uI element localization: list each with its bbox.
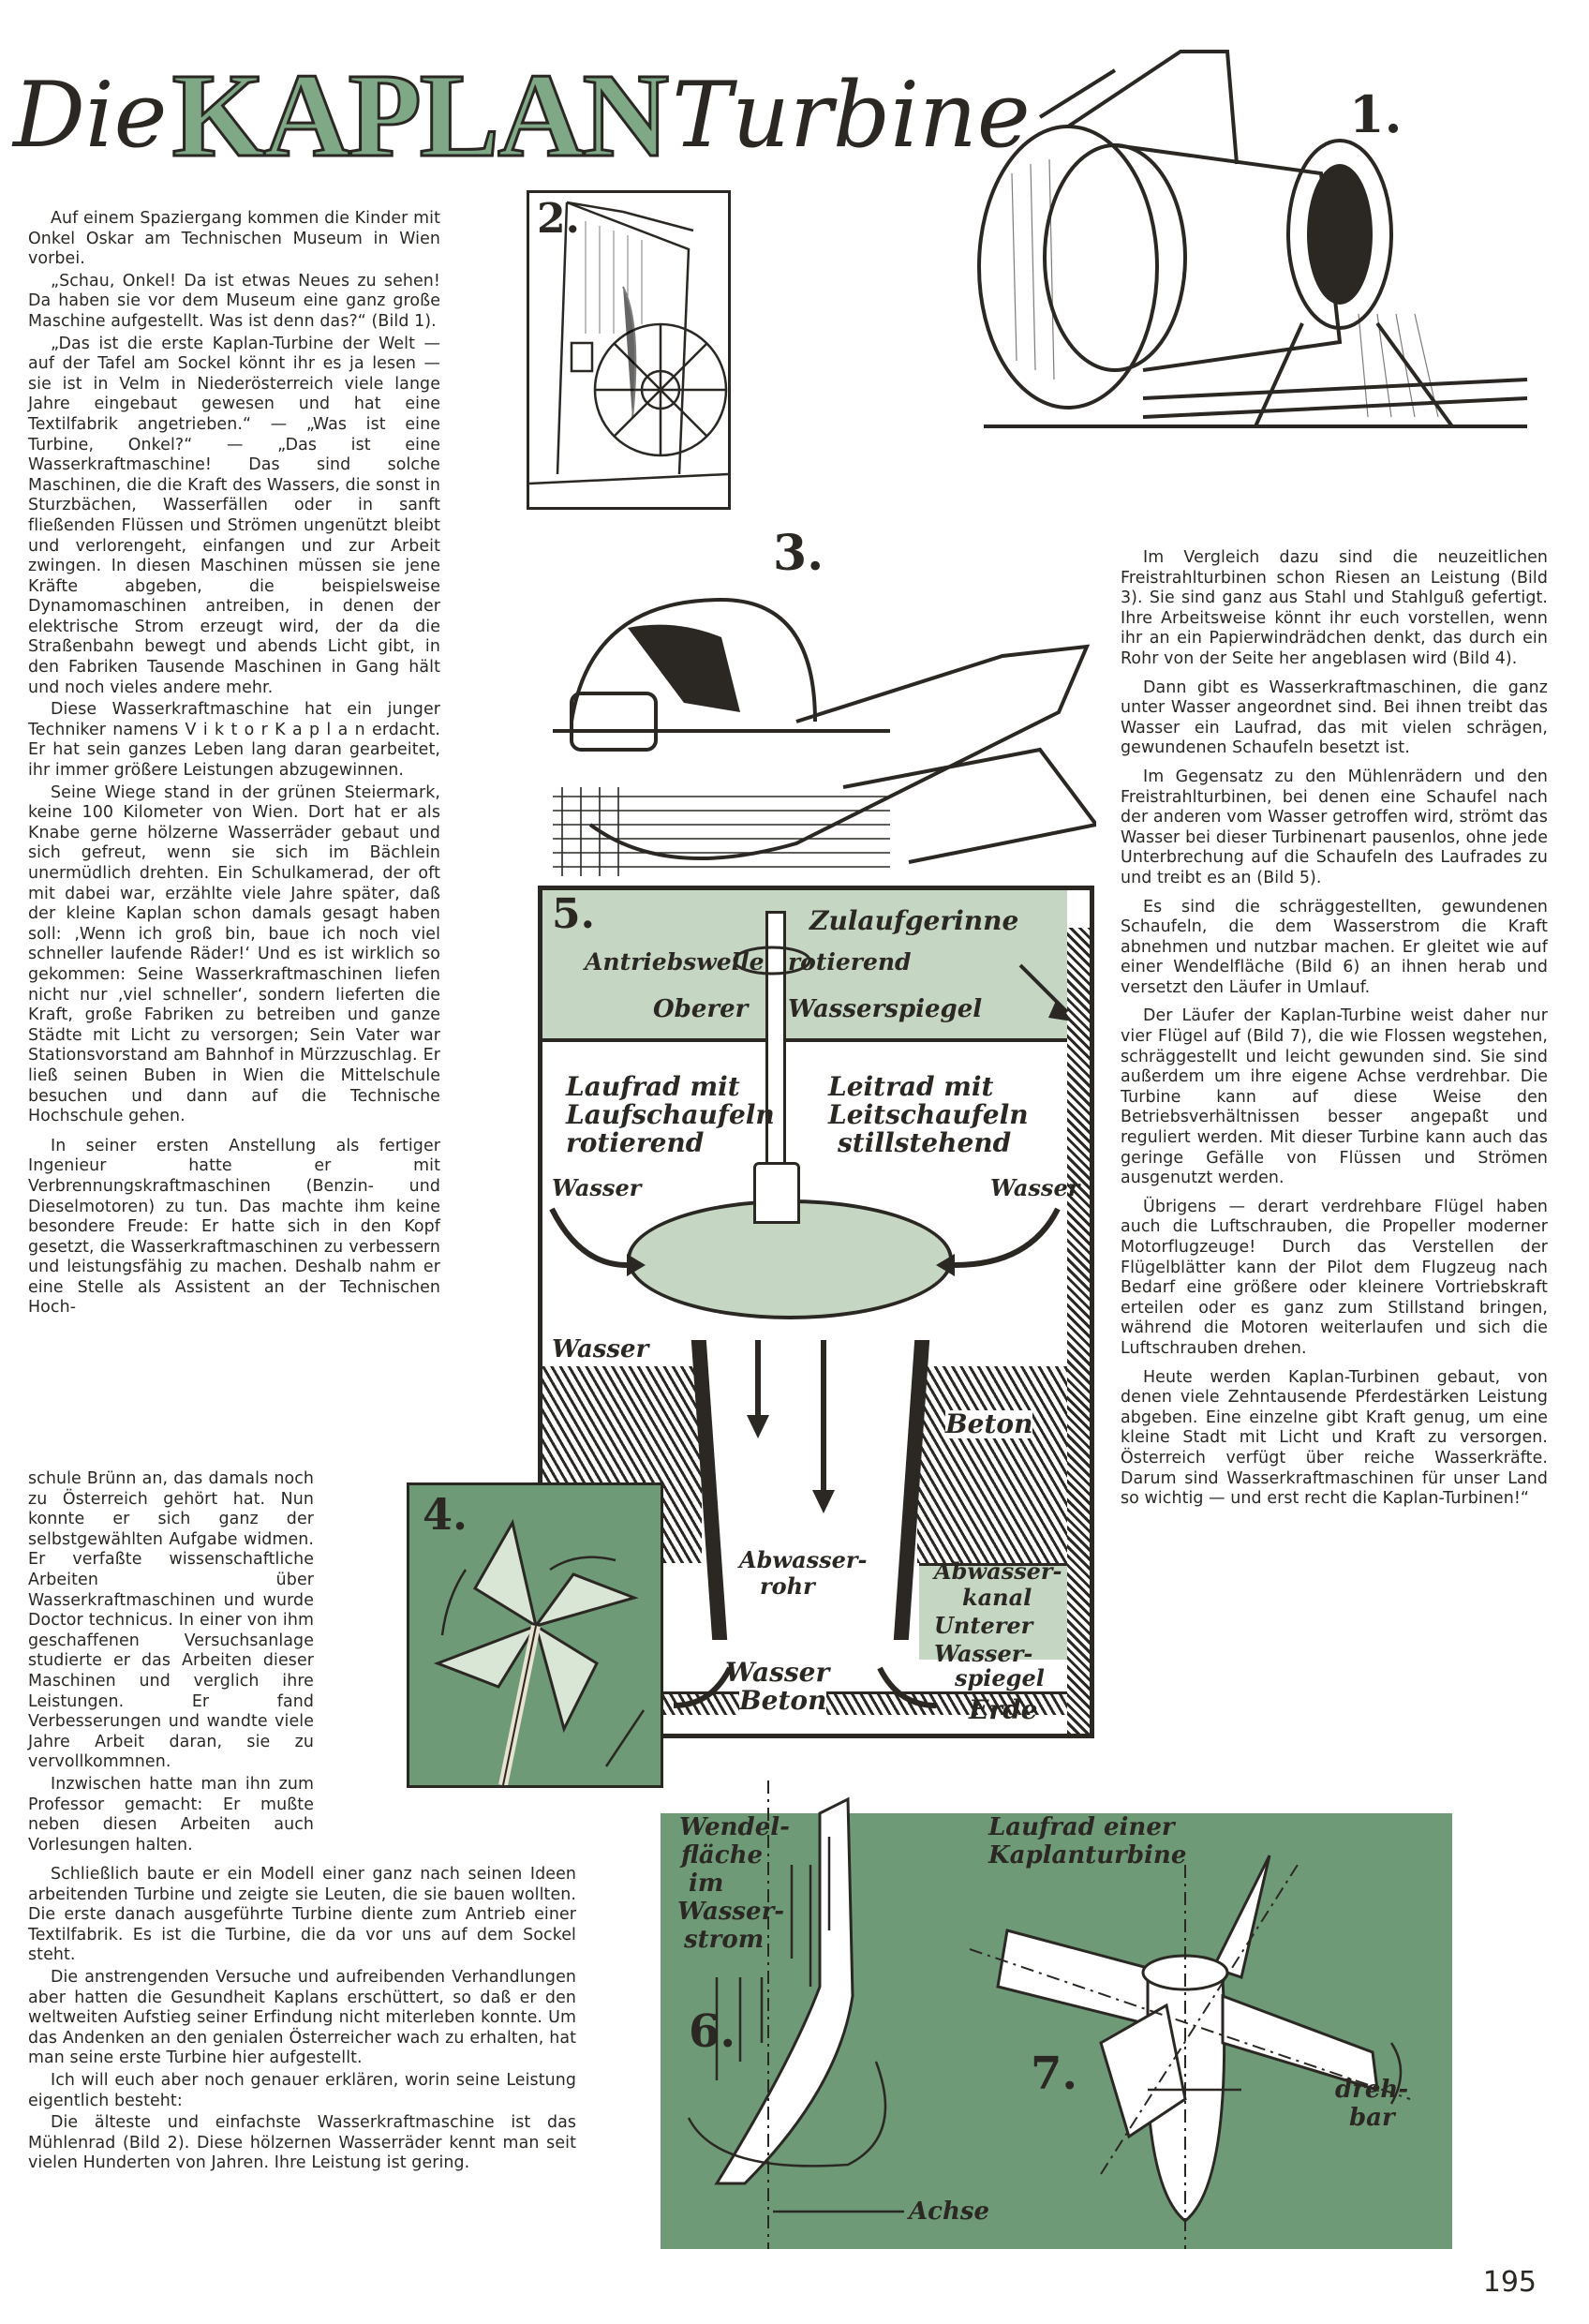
label-kaplanturbine: Kaplanturbine	[988, 1841, 1186, 1870]
label-erde: Erde	[969, 1696, 1038, 1724]
figure-3-freistrahlturbine: 3.	[534, 525, 1096, 881]
paragraph: Der Läufer der Kaplan-Turbine weist dahe…	[1121, 1006, 1548, 1188]
label-abwasserkanal-2: kanal	[962, 1584, 1032, 1612]
article-bottom-column: Schließlich baute er ein Modell einer ga…	[28, 1865, 576, 2174]
label-bar: bar	[1349, 2104, 1395, 2132]
label-abwasserkanal-1: Abwasser-	[934, 1557, 1062, 1586]
figures-6-7-panel: 6. 7. Wendel- fläche im Wasser- strom Ac…	[661, 1813, 1452, 2249]
paragraph: Heute werden Kaplan-Turbinen gebaut, von…	[1121, 1368, 1548, 1510]
paragraph: „Schau, Onkel! Da ist etwas Neues zu seh…	[28, 272, 440, 333]
label-flaeche: fläche	[681, 1841, 763, 1870]
label-leitrad-3: stillstehend	[838, 1129, 1011, 1157]
paragraph: Diese Wasserkraftmaschine hat ein junger…	[28, 700, 440, 781]
title-prefix: Die	[13, 54, 167, 176]
page-number: 195	[1483, 2266, 1537, 2299]
figure-2-mill-wheel: 2.	[527, 190, 731, 510]
paragraph: Die anstrengenden Versuche und aufreiben…	[28, 1968, 576, 2069]
paragraph: Dann gibt es Wasserkraftmaschinen, die g…	[1121, 678, 1548, 759]
label-wasserspiegel2-2: spiegel	[955, 1664, 1045, 1692]
figure-1-number: 1.	[1349, 84, 1402, 144]
label-wasser-left: Wasser	[552, 1174, 641, 1202]
figure-3-number: 3.	[773, 525, 824, 582]
label-abwasserrohr-1: Abwasser-	[739, 1546, 868, 1574]
label-laufrad-einer: Laufrad einer	[988, 1813, 1175, 1841]
label-unterer: Unterer	[934, 1612, 1032, 1640]
paragraph: In seiner ersten Anstellung als fertiger…	[28, 1137, 440, 1318]
label-oberer: Oberer	[653, 995, 748, 1023]
title-main: KAPLAN	[172, 54, 667, 176]
label-wendel: Wendel-	[679, 1813, 790, 1841]
label-wasser-right: Wasser	[990, 1174, 1079, 1202]
paragraph: Im Vergleich dazu sind die neuzeitlichen…	[1121, 548, 1548, 670]
label-wasser-6: Wasser-	[677, 1898, 784, 1926]
paragraph: Auf einem Spaziergang kommen die Kinder …	[28, 209, 440, 270]
paragraph: Übrigens — derart verdrehbare Flügel hab…	[1121, 1198, 1548, 1360]
label-im: im	[689, 1870, 723, 1898]
label-wasser-mid: Wasser	[552, 1335, 648, 1363]
paragraph: Inzwischen hatte man ihn zum Professor g…	[28, 1775, 314, 1855]
paragraph: Die älteste und einfachste Wasserkraftma…	[28, 2113, 576, 2174]
figure-6-number: 6.	[689, 2005, 735, 2058]
label-leitrad-1: Leitrad mit	[828, 1073, 994, 1101]
paragraph: schule Brünn an, das damals noch zu Öste…	[28, 1469, 314, 1773]
paragraph: Im Gegensatz zu den Mühlenrädern und den…	[1121, 767, 1548, 889]
label-wasserspiegel-upper: Wasserspiegel	[788, 995, 982, 1023]
label-wasser-bottom: Wasser	[725, 1659, 829, 1687]
article-left-column: Auf einem Spaziergang kommen die Kinder …	[28, 209, 440, 1318]
paragraph: Ich will euch aber noch genauer erklären…	[28, 2071, 576, 2111]
label-antriebswelle: Antriebswelle	[585, 948, 765, 976]
paragraph: „Das ist die erste Kaplan-Turbine der We…	[28, 335, 440, 699]
label-strom: strom	[684, 1926, 764, 1954]
figure-5-number: 5.	[552, 890, 595, 938]
label-zulaufgerinne: Zulaufgerinne	[809, 907, 1018, 935]
figure-4-number: 4.	[423, 1489, 468, 1540]
label-rotierend-shaft: rotierend	[788, 948, 912, 976]
figure-1-kaplan-turbine: 1.	[928, 33, 1546, 445]
figure-4-pinwheel: 4.	[407, 1482, 663, 1788]
paragraph: Es sind die schräggestellten, gewundenen…	[1121, 898, 1548, 999]
figure-2-number: 2.	[537, 195, 580, 243]
label-dreh: dreh-	[1335, 2076, 1408, 2104]
article-left-narrow-column: schule Brünn an, das damals noch zu Öste…	[28, 1469, 314, 1855]
label-laufrad-3: rotierend	[566, 1129, 704, 1157]
turbine-illustration-icon	[928, 33, 1546, 445]
label-beton-bottom: Beton	[739, 1687, 826, 1715]
figure-7-number: 7.	[1031, 2048, 1077, 2100]
label-abwasserrohr-2: rohr	[760, 1572, 815, 1601]
label-laufrad-2: Laufschaufeln	[566, 1101, 775, 1129]
pelton-turbine-illustration-icon	[534, 581, 1096, 881]
paragraph: Seine Wiege stand in der grünen Steierma…	[28, 783, 440, 1127]
label-achse: Achse	[909, 2197, 989, 2226]
label-laufrad-1: Laufrad mit	[566, 1073, 740, 1101]
article-right-column: Im Vergleich dazu sind die neuzeitlichen…	[1121, 548, 1548, 1510]
label-beton-right: Beton	[945, 1410, 1032, 1438]
paragraph: Schließlich baute er ein Modell einer ga…	[28, 1865, 576, 1966]
label-leitrad-2: Leitschaufeln	[828, 1101, 1029, 1129]
